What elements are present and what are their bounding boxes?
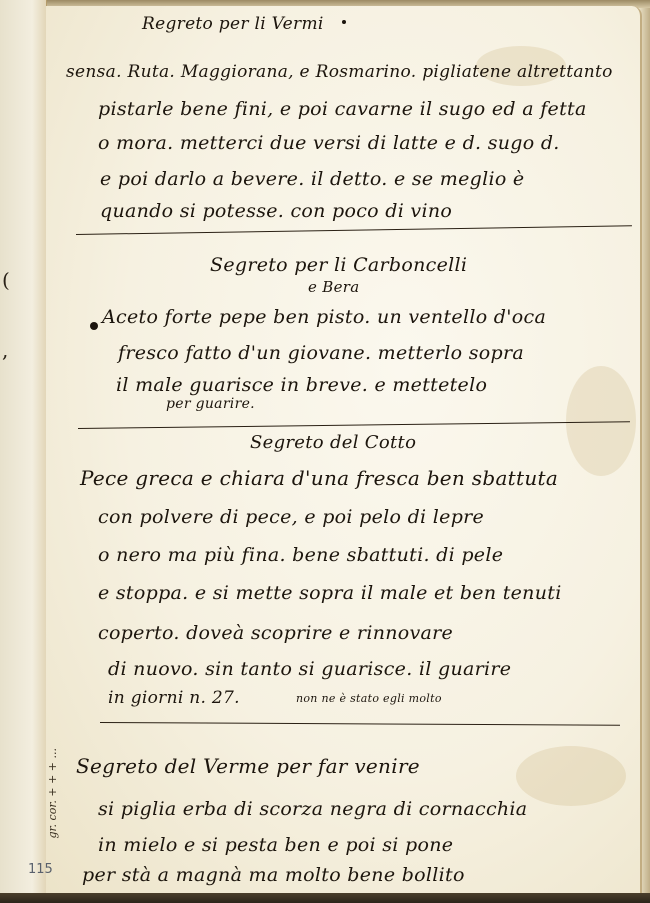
text-line: e stoppa. e si mette sopra il male et be… [98,582,562,604]
section-heading: Segreto del Cotto [250,432,416,453]
ink-dot [342,20,346,24]
page-bottom-edge [0,893,650,903]
text-line: in mielo e si pesta ben e poi si pone [98,834,453,856]
text-line: Pece greca e chiara d'una fresca ben sba… [80,466,558,490]
section-heading: Regreto per li Vermi [142,14,324,34]
text-line: pistarle bene fini, e poi cavarne il sug… [98,98,587,120]
text-line: e poi darlo a bevere. il detto. e se meg… [100,168,524,190]
facing-page-ink-mark: , [2,338,8,362]
text-line: per stà a magnà ma molto bene bollito [82,864,465,886]
text-line: di nuovo. sin tanto si guarisce. il guar… [108,658,511,680]
text-line: quando si potesse. con poco di vino [100,200,452,222]
facing-page-ink-mark: ( [2,268,10,292]
facing-page-edge: ( , [0,0,47,903]
text-line: coperto. doveà scoprire e rinnovare [98,622,453,644]
text-line: Segreto del Verme per far venire [76,754,420,778]
section-heading: Segreto per li Carboncelli [210,254,467,276]
text-line: si piglia erba di scorza negra di cornac… [98,798,527,820]
paper-stain [516,746,626,806]
text-line: Aceto forte pepe ben pisto. un ventello … [102,306,546,328]
text-line: o mora. metterci due versi di latte e d.… [98,132,560,154]
manuscript-scan: ( , Regreto per li Vermi sensa. Ruta. Ma… [0,0,650,903]
text-line: in giorni n. 27. [108,688,240,708]
text-line: con polvere di pece, e poi pelo di lepre [98,506,484,528]
footnote: non ne è stato egli molto [296,692,442,705]
text-line: o nero ma più fina. bene sbattuti. di pe… [98,544,503,566]
text-line: fresco fatto d'un giovane. metterlo sopr… [118,342,524,364]
folio-number: 115 [28,862,53,877]
text-line: per guarire. [166,396,255,412]
text-line: sensa. Ruta. Maggiorana, e Rosmarino. pi… [66,62,613,82]
section-subheading: e Bera [308,278,359,296]
ink-dot [90,322,98,330]
text-line: il male guarisce in breve. e mettetelo [116,374,487,396]
margin-note: gr. cor. + + + ... [46,748,59,839]
